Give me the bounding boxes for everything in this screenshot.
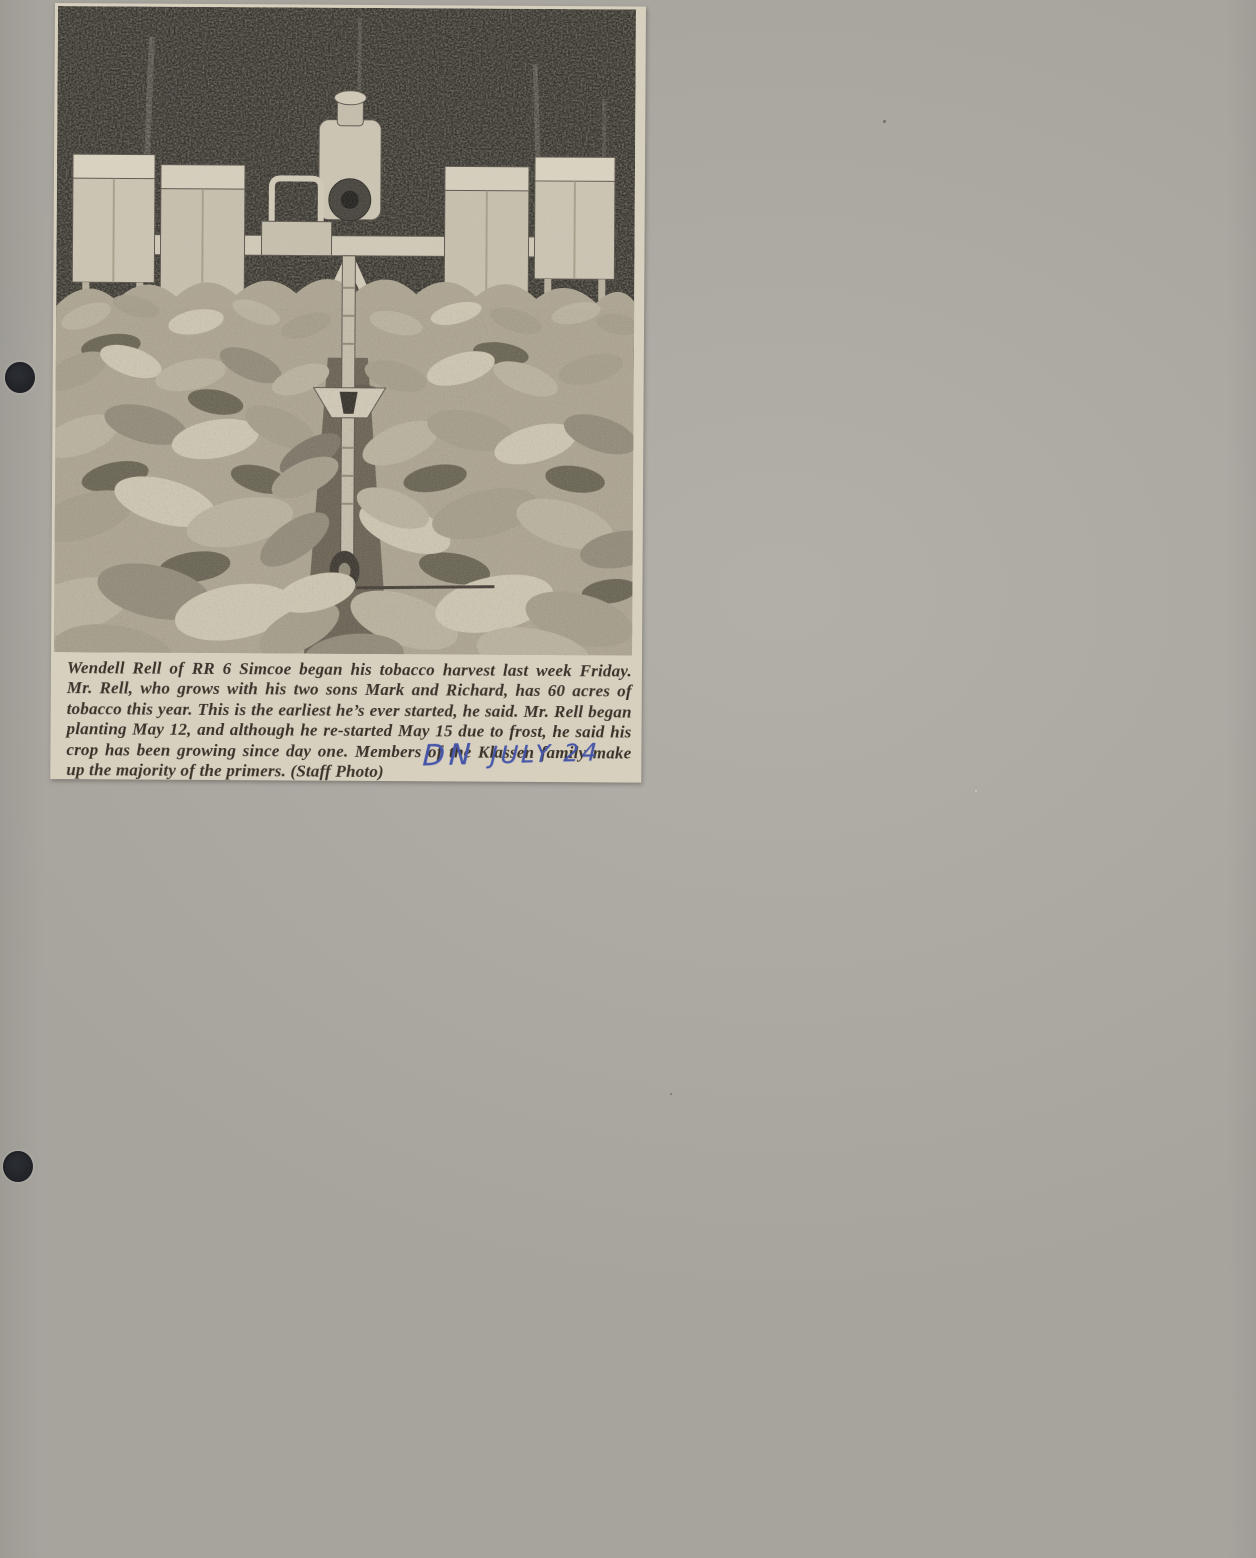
tobacco-harvester-photo-illustration: [54, 6, 636, 656]
handwritten-date: JULY 24: [490, 738, 601, 769]
hole-punch-bottom: [3, 1151, 33, 1182]
handwritten-date-annotation: DNJULY 24: [422, 740, 601, 771]
dust-speck: [670, 1093, 672, 1095]
handwritten-initials: DN: [422, 737, 475, 773]
dust-speck: [975, 790, 977, 792]
hole-punch-top: [5, 362, 35, 393]
scrapbook-page: Wendell Rell of RR 6 Simcoe began his to…: [0, 0, 1256, 1558]
newspaper-clipping: Wendell Rell of RR 6 Simcoe began his to…: [50, 3, 646, 783]
clipping-photo: [54, 6, 636, 656]
dust-speck: [883, 120, 886, 123]
photo-caption: Wendell Rell of RR 6 Simcoe began his to…: [50, 652, 642, 783]
